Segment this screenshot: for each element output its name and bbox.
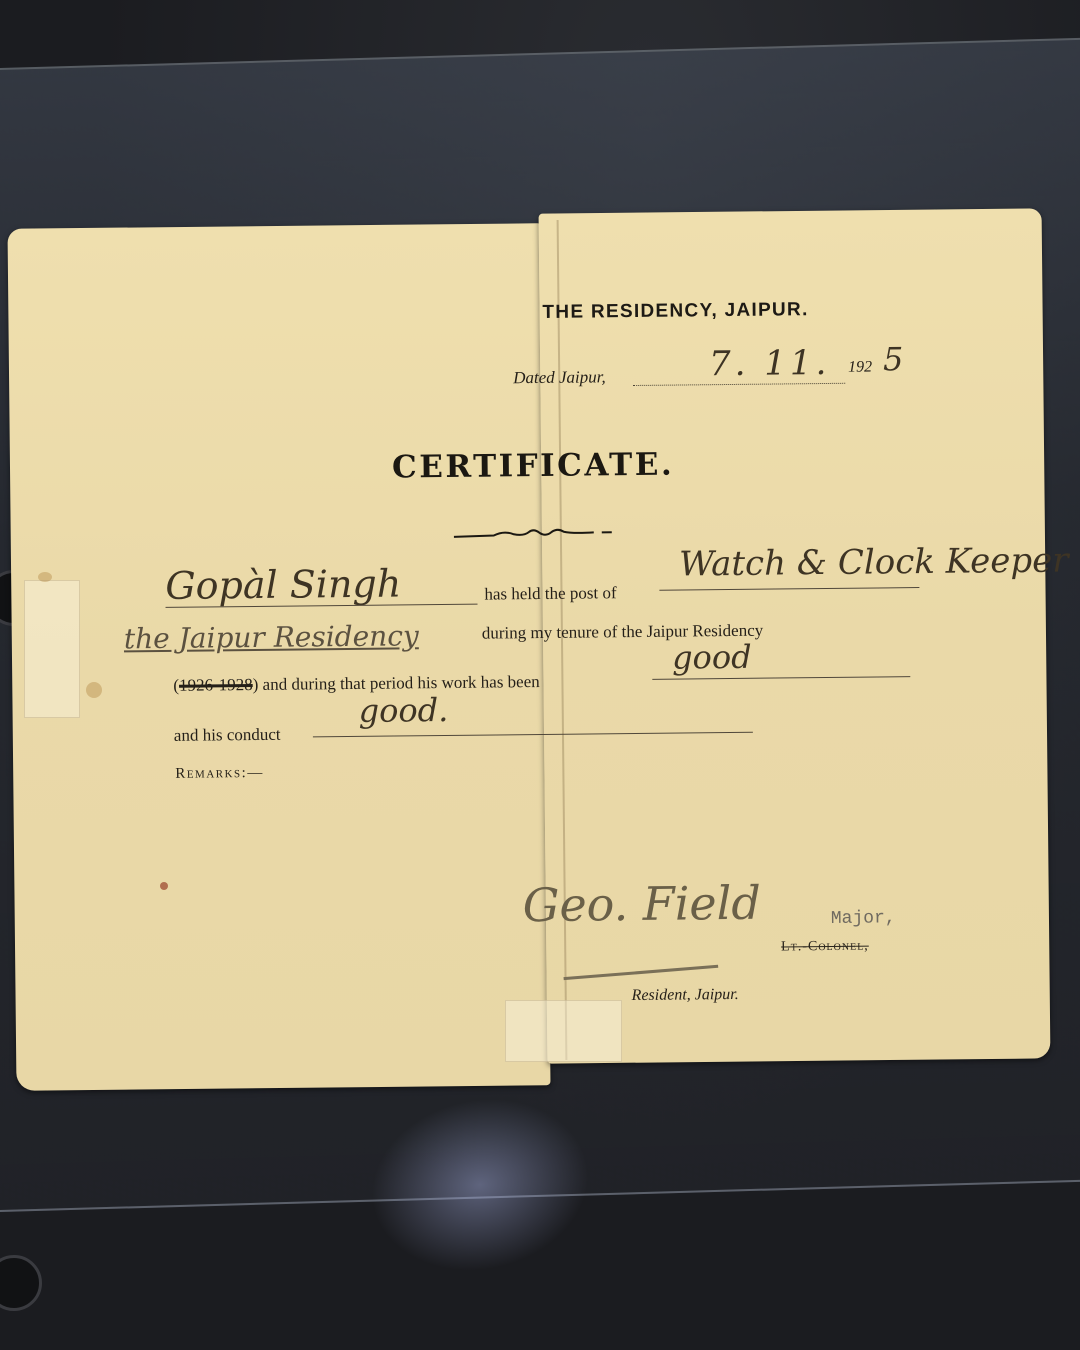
letterhead: THE RESIDENCY, JAIPUR. [542,299,808,324]
work-rating-handwritten: good [672,638,752,677]
post-handwritten: Watch & Clock Keeper [679,540,1069,584]
post-line [659,587,919,591]
signature-underline [564,965,719,980]
conduct-line [313,732,753,738]
conduct-label: and his conduct [174,725,281,746]
signature-handwritten: Geo. Field [522,876,761,932]
rank-typed: Major, [831,908,896,929]
dated-label: Dated Jaipur, [513,367,606,388]
remarks-label: Remarks:— [175,765,264,783]
ornament-flourish-icon [454,523,624,545]
struck-years: 1926-1928 [179,675,253,695]
year-printed: 192 [848,359,872,377]
recipient-name-handwritten: Gopàl Singh [165,561,401,607]
work-line [652,676,910,680]
year-handwritten: 5 [883,340,904,378]
place-handwritten: the Jaipur Residency [124,619,419,655]
conduct-rating-handwritten: good. [358,691,448,730]
certificate: THE RESIDENCY, JAIPUR. Dated Jaipur, 7. … [0,0,1080,1350]
signatory-title: Resident, Jaipur. [632,986,739,1005]
date-handwritten: 7. 11. [709,343,831,384]
post-label: has held the post of [484,583,616,604]
rank-printed-struck: Lt.-Colonel, [781,939,869,956]
period-line: (1926-1928) and during that period his w… [173,672,540,696]
certificate-title: CERTIFICATE. [392,447,674,486]
